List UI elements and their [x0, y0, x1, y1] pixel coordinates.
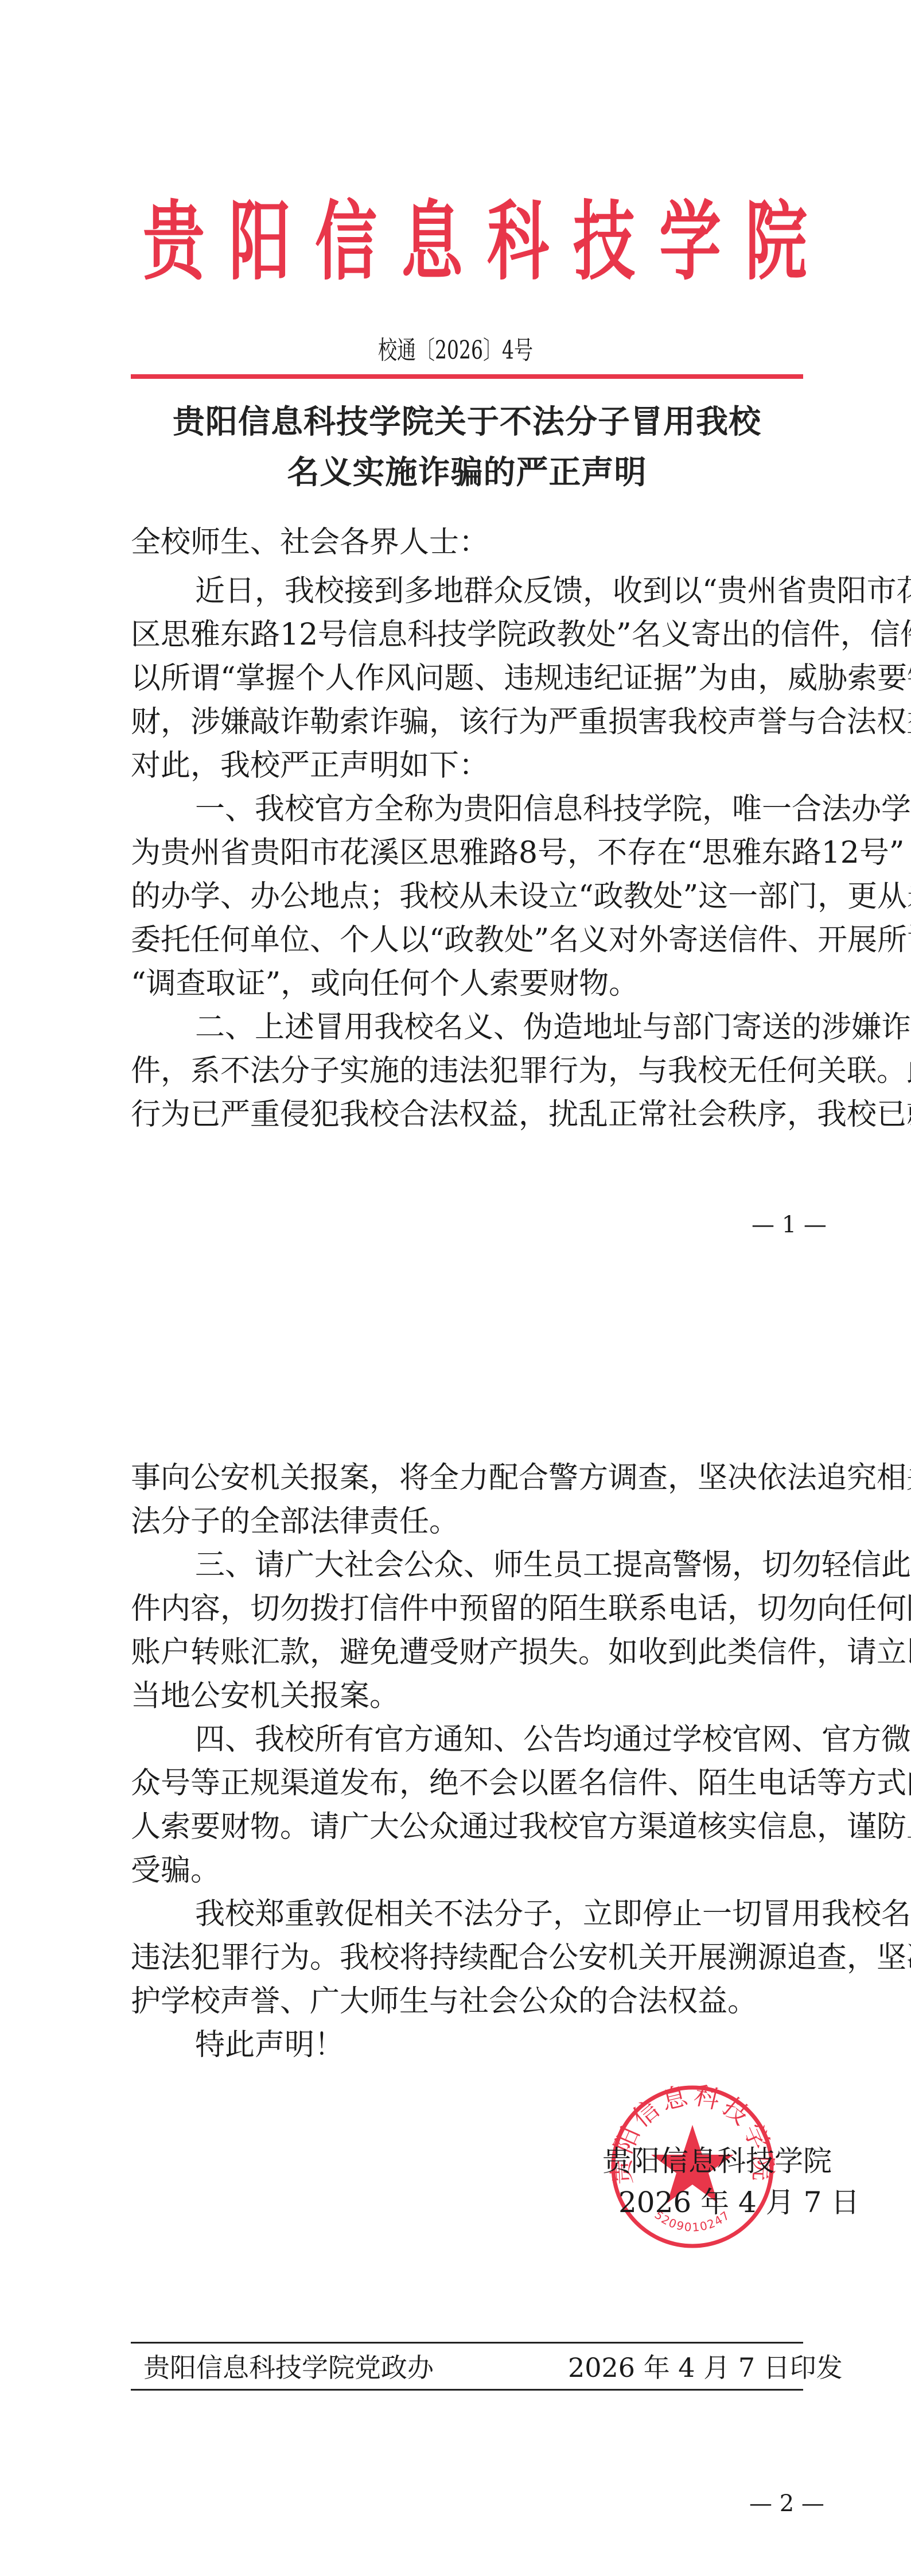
- body-line: 当地公安机关报案。: [131, 1679, 803, 1713]
- body-line: 对此，我校严正声明如下：: [131, 748, 803, 783]
- body-line: 近日，我校接到多地群众反馈，收到以“贵州省贵阳市花溪: [131, 574, 803, 608]
- masthead-char: 息: [401, 191, 463, 294]
- body-line: 的办学、办公地点；我校从未设立“政教处”这一部门，更从未: [131, 879, 803, 914]
- document-number: 校通〔2026〕4号: [114, 335, 797, 366]
- document-title-line-1: 贵阳信息科技学院关于不法分子冒用我校: [131, 397, 803, 447]
- masthead-char: 院: [745, 191, 807, 294]
- body-line: 法分子的全部法律责任。: [131, 1504, 803, 1539]
- body-line: 行为已严重侵犯我校合法权益，扰乱正常社会秩序，我校已就此: [131, 1097, 803, 1132]
- masthead-title: 贵 阳 信 息 科 技 学 院: [131, 191, 803, 294]
- masthead-char: 信: [315, 191, 377, 294]
- body-line: 众号等正规渠道发布，绝不会以匿名信件、陌生电话等方式向个: [131, 1766, 803, 1801]
- masthead-char: 科: [487, 191, 549, 294]
- footer-bottom-rule: [131, 2389, 803, 2391]
- body-line: 件，系不法分子实施的违法犯罪行为，与我校无任何关联。此类: [131, 1054, 803, 1088]
- footer-issuer: 贵阳信息科技学院党政办: [143, 2352, 434, 2383]
- masthead-char: 学: [659, 191, 721, 294]
- body-line: 护学校声誉、广大师生与社会公众的合法权益。: [131, 1984, 803, 2019]
- body-line: 委托任何单位、个人以“政教处”名义对外寄送信件、开展所谓: [131, 923, 803, 957]
- body-line: 区思雅东路12号信息科技学院政教处”名义寄出的信件，信件: [131, 618, 803, 652]
- document-title-line-2: 名义实施诈骗的严正声明: [131, 448, 803, 497]
- body-line: 一、我校官方全称为贵阳信息科技学院，唯一合法办学地址: [131, 792, 803, 827]
- masthead-char: 阳: [229, 191, 291, 294]
- body-line: 特此声明！: [131, 2028, 803, 2062]
- body-line: 三、请广大社会公众、师生员工提高警惕，切勿轻信此类信: [131, 1548, 803, 1582]
- body-line: 为贵州省贵阳市花溪区思雅路8号，不存在“思雅东路12号”: [131, 836, 803, 870]
- signature-date: 2026 年 4 月 7 日: [618, 2186, 859, 2219]
- signature-org: 贵阳信息科技学院: [602, 2144, 832, 2178]
- footer-top-rule: [131, 2342, 803, 2344]
- body-line: 账户转账汇款，避免遭受财产损失。如收到此类信件，请立即向: [131, 1635, 803, 1670]
- masthead-char: 贵: [143, 191, 205, 294]
- footer-issue-date: 2026 年 4 月 7 日印发: [568, 2352, 843, 2383]
- body-line: 以所谓“掌握个人作风问题、违规违纪证据”为由，威胁索要钱: [131, 661, 803, 696]
- body-line: 人索要财物。请广大公众通过我校官方渠道核实信息，谨防上当: [131, 1810, 803, 1844]
- body-line: “调查取证”，或向任何个人索要财物。: [131, 967, 803, 1001]
- body-line: 财，涉嫌敲诈勒索诈骗，该行为严重损害我校声誉与合法权益。: [131, 705, 803, 739]
- body-line: 我校郑重敦促相关不法分子，立即停止一切冒用我校名义的: [131, 1897, 803, 1931]
- body-line: 件内容，切勿拨打信件中预留的陌生联系电话，切勿向任何陌生: [131, 1592, 803, 1626]
- body-line: 违法犯罪行为。我校将持续配合公安机关开展溯源追查，坚决维: [131, 1941, 803, 1975]
- red-divider: [131, 374, 803, 379]
- body-line: 四、我校所有官方通知、公告均通过学校官网、官方微信公: [131, 1722, 803, 1757]
- salutation: 全校师生、社会各界人士：: [131, 525, 803, 560]
- body-line: 事向公安机关报案，将全力配合警方调查，坚决依法追究相关不: [131, 1461, 803, 1495]
- body-line: 受骗。: [131, 1853, 803, 1888]
- body-line: 二、上述冒用我校名义、伪造地址与部门寄送的涉嫌诈骗信: [131, 1010, 803, 1045]
- page-number-1: — 1 —: [752, 1212, 827, 1237]
- page-number-2: — 2 —: [749, 2491, 824, 2516]
- masthead-char: 技: [573, 191, 635, 294]
